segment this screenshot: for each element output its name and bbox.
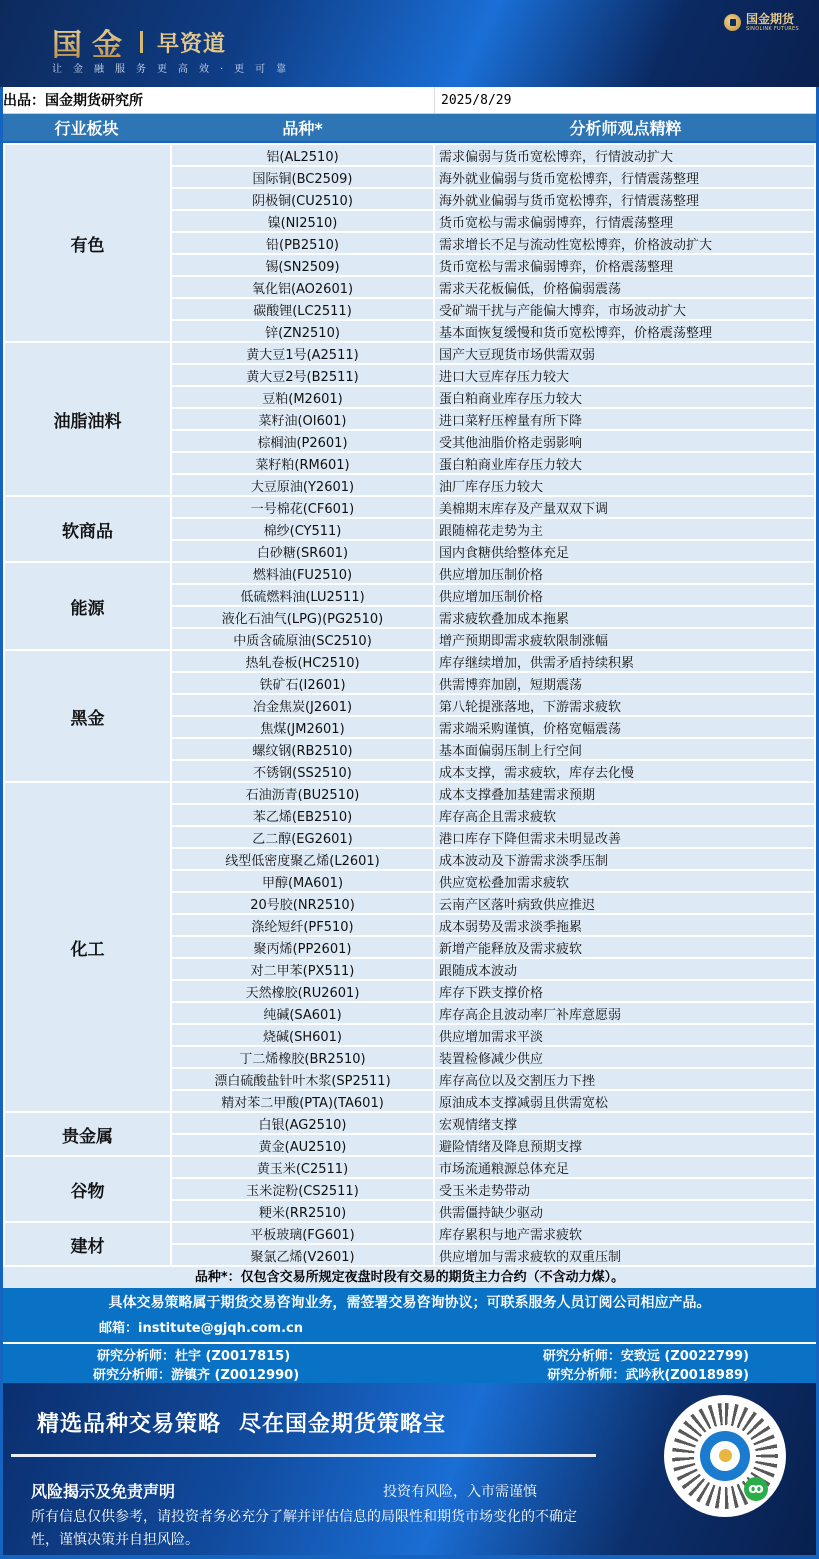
view-cell: 供需僵持缺少驱动: [434, 1200, 815, 1222]
variety-cell: 液化石油气(LPG)(PG2510): [171, 606, 434, 628]
variety-cell: 热轧卷板(HC2510): [171, 650, 434, 672]
variety-cell: 菜籽粕(RM601): [171, 452, 434, 474]
view-cell: 新增产能释放及需求疲软: [434, 936, 815, 958]
variety-cell: 纯碱(SA601): [171, 1002, 434, 1024]
variety-cell: 苯乙烯(EB2510): [171, 804, 434, 826]
slogan: 让金融服务更高效·更可靠: [52, 60, 297, 75]
view-cell: 跟随棉花走势为主: [434, 518, 815, 540]
view-cell: 云南产区落叶病致供应推迟: [434, 892, 815, 914]
variety-cell: 涤纶短纤(PF510): [171, 914, 434, 936]
top-banner: 国金 早资道 让金融服务更高效·更可靠 国金期货 SINOLINK FUTURE…: [0, 0, 819, 87]
view-cell: 库存高企且需求疲软: [434, 804, 815, 826]
category-cell: 谷物: [4, 1156, 171, 1222]
variety-cell: 燃料油(FU2510): [171, 562, 434, 584]
view-cell: 海外就业偏弱与货币宽松博弈，行情震荡整理: [434, 188, 815, 210]
risk-title: 风险揭示及免责声明: [31, 1479, 175, 1502]
variety-cell: 不锈钢(SS2510): [171, 760, 434, 782]
view-cell: 库存高企且波动率厂补库意愿弱: [434, 1002, 815, 1024]
variety-cell: 白银(AG2510): [171, 1112, 434, 1134]
variety-cell: 黄大豆1号(A2511): [171, 342, 434, 364]
view-cell: 原油成本支撑减弱且供需宽松: [434, 1090, 815, 1112]
corp-logo: 国金期货 SINOLINK FUTURES: [724, 13, 799, 32]
variety-cell: 棕榈油(P2601): [171, 430, 434, 452]
brand: 国金 早资道: [52, 20, 226, 64]
view-cell: 港口库存下降但需求未明显改善: [434, 826, 815, 848]
analyst: 研究分析师：杜宇 (Z0017815): [3, 1347, 290, 1366]
header-view: 分析师观点精粹: [435, 116, 816, 139]
category-cell: 油脂油料: [4, 342, 171, 496]
view-cell: 供需博弈加剧，短期震荡: [434, 672, 815, 694]
coin-logo-icon: [724, 14, 741, 31]
variety-cell: 乙二醇(EG2601): [171, 826, 434, 848]
variety-cell: 氧化铝(AO2601): [171, 276, 434, 298]
variety-cell: 对二甲苯(PX511): [171, 958, 434, 980]
view-cell: 第八轮提涨落地，下游需求疲软: [434, 694, 815, 716]
variety-cell: 菜籽油(OI601): [171, 408, 434, 430]
view-cell: 基本面偏弱压制上行空间: [434, 738, 815, 760]
variety-cell: 碳酸锂(LC2511): [171, 298, 434, 320]
variety-cell: 天然橡胶(RU2601): [171, 980, 434, 1002]
view-cell: 需求偏弱与货币宽松博弈，行情波动扩大: [434, 144, 815, 166]
variety-cell: 20号胶(NR2510): [171, 892, 434, 914]
variety-cell: 低硫燃料油(LU2511): [171, 584, 434, 606]
email-link[interactable]: 邮箱：institute@gjqh.com.cn: [3, 1318, 816, 1342]
qr-code-icon[interactable]: ꝏ: [664, 1395, 786, 1517]
variety-cell: 聚氯乙烯(V2601): [171, 1244, 434, 1266]
info-row: 出品：国金期货研究所 2025/8/29: [3, 87, 816, 114]
view-cell: 进口菜籽压榨量有所下降: [434, 408, 815, 430]
corp-name-en: SINOLINK FUTURES: [746, 26, 799, 32]
category-cell: 软商品: [4, 496, 171, 562]
risk-note: 投资有风险，入市需谨慎: [383, 1481, 537, 1501]
view-cell: 供应宽松叠加需求疲软: [434, 870, 815, 892]
table-row: 谷物黄玉米(C2511)市场流通粮源总体充足: [4, 1156, 815, 1178]
variety-cell: 焦煤(JM2601): [171, 716, 434, 738]
view-cell: 油厂库存压力较大: [434, 474, 815, 496]
disclaimer: 所有信息仅供参考，请投资者务必充分了解并评估信息的局限性和期货市场变化的不确定性…: [31, 1506, 591, 1552]
table-row: 软商品一号棉花(CF601)美棉期末库存及产量双双下调: [4, 496, 815, 518]
header-category: 行业板块: [3, 116, 170, 139]
variety-cell: 冶金焦炭(J2601): [171, 694, 434, 716]
variety-cell: 漂白硫酸盐针叶木浆(SP2511): [171, 1068, 434, 1090]
view-cell: 成本弱势及需求淡季拖累: [434, 914, 815, 936]
view-cell: 货币宽松与需求偏弱博弈，行情震荡整理: [434, 210, 815, 232]
view-cell: 增产预期即需求疲软限制涨幅: [434, 628, 815, 650]
view-cell: 受矿端干扰与产能偏大博弈，市场波动扩大: [434, 298, 815, 320]
view-cell: 进口大豆库存压力较大: [434, 364, 815, 386]
table-row: 能源燃料油(FU2510)供应增加压制价格: [4, 562, 815, 584]
mini-program-icon: ꝏ: [744, 1477, 768, 1501]
view-cell: 库存累积与地产需求疲软: [434, 1222, 815, 1244]
view-cell: 受其他油脂价格走弱影响: [434, 430, 815, 452]
variety-cell: 线型低密度聚乙烯(L2601): [171, 848, 434, 870]
view-cell: 库存高位以及交割压力下挫: [434, 1068, 815, 1090]
view-cell: 基本面恢复缓慢和货币宽松博弈，价格震荡整理: [434, 320, 815, 342]
corp-name: 国金期货: [746, 13, 799, 26]
variety-cell: 平板玻璃(FG601): [171, 1222, 434, 1244]
variety-cell: 白砂糖(SR601): [171, 540, 434, 562]
variety-cell: 黄金(AU2510): [171, 1134, 434, 1156]
variety-cell: 精对苯二甲酸(PTA)(TA601): [171, 1090, 434, 1112]
variety-cell: 镍(NI2510): [171, 210, 434, 232]
variety-cell: 一号棉花(CF601): [171, 496, 434, 518]
table-row: 有色铝(AL2510)需求偏弱与货币宽松博弈，行情波动扩大: [4, 144, 815, 166]
variety-cell: 聚丙烯(PP2601): [171, 936, 434, 958]
view-cell: 海外就业偏弱与货币宽松博弈，行情震荡整理: [434, 166, 815, 188]
variety-cell: 石油沥青(BU2510): [171, 782, 434, 804]
table-header: 行业板块 品种* 分析师观点精粹: [3, 114, 816, 141]
variety-cell: 烧碱(SH601): [171, 1024, 434, 1046]
variety-cell: 阴极铜(CU2510): [171, 188, 434, 210]
variety-cell: 大豆原油(Y2601): [171, 474, 434, 496]
view-cell: 成本支撑叠加基建需求预期: [434, 782, 815, 804]
view-cell: 供应增加与需求疲软的双重压制: [434, 1244, 815, 1266]
category-cell: 有色: [4, 144, 171, 342]
view-cell: 成本支撑，需求疲软，库存去化慢: [434, 760, 815, 782]
headline-left: 精选品种交易策略: [37, 1411, 221, 1437]
promo-headline: 精选品种交易策略尽在国金期货策略宝: [37, 1407, 446, 1438]
brand-divider: [140, 31, 143, 53]
view-cell: 供应增加需求平淡: [434, 1024, 815, 1046]
analyst: 研究分析师：安致远 (Z0022799): [543, 1347, 816, 1366]
variety-cell: 豆粕(M2601): [171, 386, 434, 408]
variety-cell: 铁矿石(I2601): [171, 672, 434, 694]
report-sheet: 出品：国金期货研究所 2025/8/29 行业板块 品种* 分析师观点精粹 有色…: [3, 87, 816, 1391]
divider: [11, 1454, 596, 1457]
headline-right: 尽在国金期货策略宝: [239, 1411, 446, 1437]
table-row: 建材平板玻璃(FG601)库存累积与地产需求疲软: [4, 1222, 815, 1244]
variety-cell: 黄大豆2号(B2511): [171, 364, 434, 386]
variety-cell: 丁二烯橡胶(BR2510): [171, 1046, 434, 1068]
view-cell: 国内食糖供给整体充足: [434, 540, 815, 562]
variety-cell: 棉纱(CY511): [171, 518, 434, 540]
view-cell: 货币宽松与需求偏弱博弈，价格震荡整理: [434, 254, 815, 276]
view-cell: 跟随成本波动: [434, 958, 815, 980]
footnote: 品种*：仅包含交易所规定夜盘时段有交易的期货主力合约（不含动力煤）。: [3, 1267, 816, 1288]
view-cell: 装置检修减少供应: [434, 1046, 815, 1068]
compass-logo-icon: [700, 1431, 750, 1481]
variety-cell: 粳米(RR2510): [171, 1200, 434, 1222]
service-note: 具体交易策略属于期货交易咨询业务，需签署交易咨询协议；可联系服务人员订阅公司相应…: [3, 1288, 816, 1318]
variety-cell: 锌(ZN2510): [171, 320, 434, 342]
brand-tagline: 早资道: [157, 27, 226, 58]
view-cell: 库存下跌支撑价格: [434, 980, 815, 1002]
view-cell: 受玉米走势带动: [434, 1178, 815, 1200]
view-cell: 需求疲软叠加成本拖累: [434, 606, 815, 628]
promo-banner: 精选品种交易策略尽在国金期货策略宝 风险揭示及免责声明 投资有风险，入市需谨慎 …: [3, 1383, 816, 1555]
variety-cell: 国际铜(BC2509): [171, 166, 434, 188]
view-cell: 蛋白粕商业库存压力较大: [434, 452, 815, 474]
table-row: 化工石油沥青(BU2510)成本支撑叠加基建需求预期: [4, 782, 815, 804]
publisher: 出品：国金期货研究所: [3, 87, 435, 113]
variety-cell: 铝(AL2510): [171, 144, 434, 166]
variety-cell: 锡(SN2509): [171, 254, 434, 276]
header-variety: 品种*: [170, 116, 435, 139]
variety-cell: 黄玉米(C2511): [171, 1156, 434, 1178]
contact-section: 具体交易策略属于期货交易咨询业务，需签署交易咨询协议；可联系服务人员订阅公司相应…: [3, 1288, 816, 1391]
view-cell: 市场流通粮源总体充足: [434, 1156, 815, 1178]
category-cell: 黑金: [4, 650, 171, 782]
view-cell: 蛋白粕商业库存压力较大: [434, 386, 815, 408]
variety-cell: 中质含硫原油(SC2510): [171, 628, 434, 650]
table-row: 油脂油料黄大豆1号(A2511)国产大豆现货市场供需双弱: [4, 342, 815, 364]
table-row: 贵金属白银(AG2510)宏观情绪支撑: [4, 1112, 815, 1134]
view-cell: 供应增加压制价格: [434, 584, 815, 606]
category-cell: 建材: [4, 1222, 171, 1266]
variety-cell: 铅(PB2510): [171, 232, 434, 254]
view-cell: 需求天花板偏低，价格偏弱震荡: [434, 276, 815, 298]
variety-cell: 玉米淀粉(CS2511): [171, 1178, 434, 1200]
view-cell: 库存继续增加，供需矛盾持续积累: [434, 650, 815, 672]
strategy-table: 有色铝(AL2510)需求偏弱与货币宽松博弈，行情波动扩大国际铜(BC2509)…: [3, 143, 816, 1267]
view-cell: 国产大豆现货市场供需双弱: [434, 342, 815, 364]
view-cell: 需求增长不足与流动性宽松博弈，价格波动扩大: [434, 232, 815, 254]
category-cell: 贵金属: [4, 1112, 171, 1156]
view-cell: 需求端采购谨慎，价格宽幅震荡: [434, 716, 815, 738]
view-cell: 美棉期末库存及产量双双下调: [434, 496, 815, 518]
brand-logo: 国金: [52, 20, 132, 64]
category-cell: 能源: [4, 562, 171, 650]
report-date: 2025/8/29: [435, 93, 511, 108]
variety-cell: 甲醇(MA601): [171, 870, 434, 892]
view-cell: 避险情绪及降息预期支撑: [434, 1134, 815, 1156]
view-cell: 供应增加压制价格: [434, 562, 815, 584]
table-row: 黑金热轧卷板(HC2510)库存继续增加，供需矛盾持续积累: [4, 650, 815, 672]
view-cell: 宏观情绪支撑: [434, 1112, 815, 1134]
variety-cell: 螺纹钢(RB2510): [171, 738, 434, 760]
view-cell: 成本波动及下游需求淡季压制: [434, 848, 815, 870]
category-cell: 化工: [4, 782, 171, 1112]
